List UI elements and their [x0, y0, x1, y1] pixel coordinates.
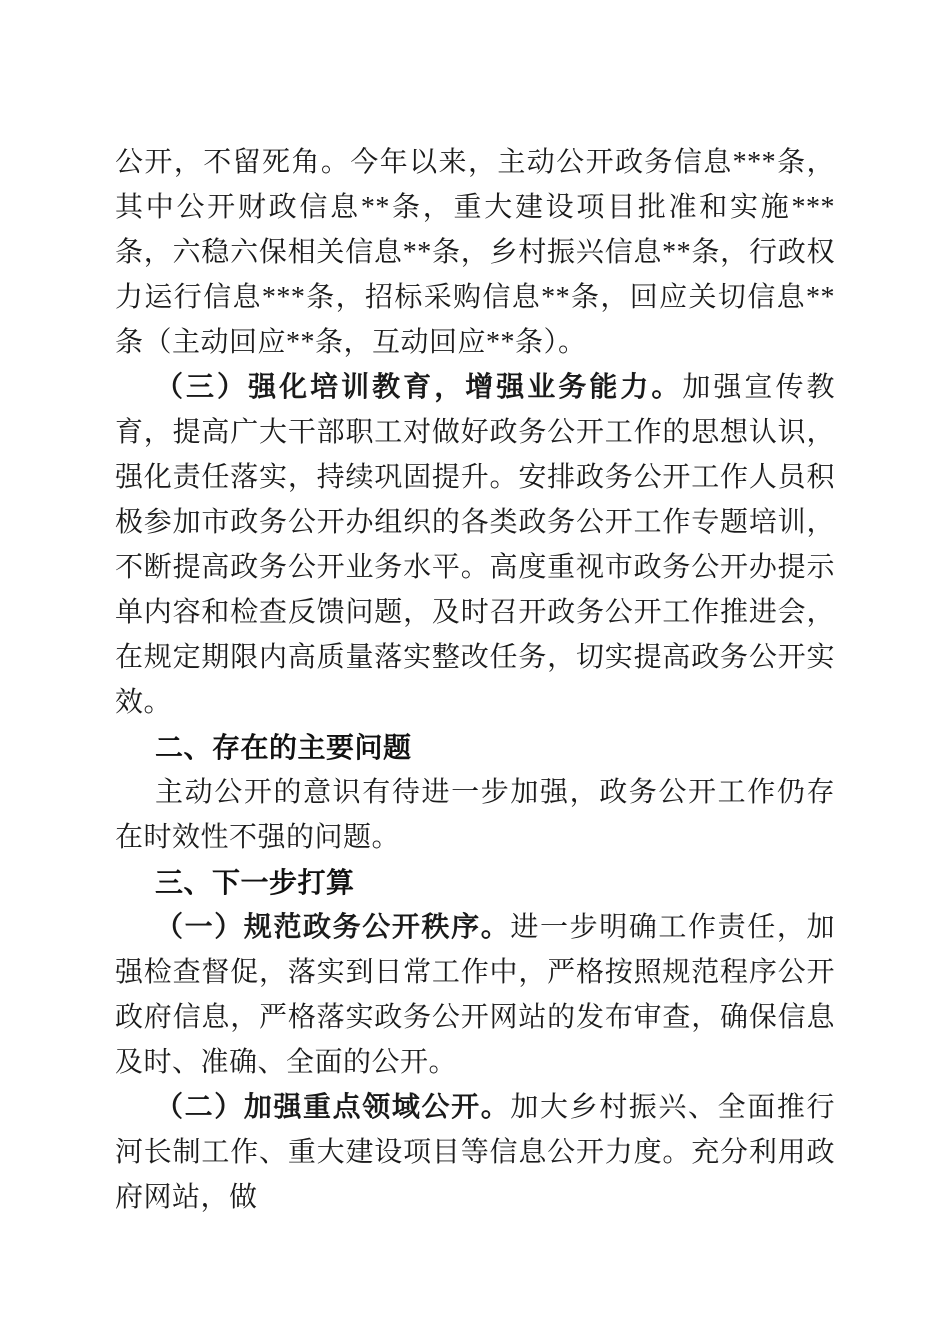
paragraph-lead: （二）加强重点领域公开。	[155, 1092, 510, 1123]
document-text-block: 公开，不留死角。今年以来，主动公开政务信息***条，其中公开财政信息**条，重大…	[115, 140, 835, 1220]
document-page: 公开，不留死角。今年以来，主动公开政务信息***条，其中公开财政信息**条，重大…	[0, 0, 950, 1344]
section-heading-next-steps: 三、下一步打算	[115, 860, 835, 905]
paragraph-text: 主动公开的意识有待进一步加强，政务公开工作仍存在时效性不强的问题。	[115, 777, 835, 853]
paragraph-lead: （一）规范政务公开秩序。	[155, 912, 510, 943]
paragraph-training-education: （三）强化培训教育，增强业务能力。加强宣传教育，提高广大干部职工对做好政务公开工…	[115, 365, 835, 725]
paragraph-lead: （三）强化培训教育，增强业务能力。	[155, 372, 682, 403]
paragraph-main-problems: 主动公开的意识有待进一步加强，政务公开工作仍存在时效性不强的问题。	[115, 770, 835, 860]
section-heading-problems: 二、存在的主要问题	[115, 725, 835, 770]
paragraph-text: 公开，不留死角。今年以来，主动公开政务信息***条，其中公开财政信息**条，重大…	[115, 147, 835, 358]
paragraph-text: 加强宣传教育，提高广大干部职工对做好政务公开工作的思想认识，强化责任落实，持续巩…	[115, 372, 835, 718]
paragraph-key-areas: （二）加强重点领域公开。加大乡村振兴、全面推行河长制工作、重大建设项目等信息公开…	[115, 1085, 835, 1220]
paragraph-disclosure-stats: 公开，不留死角。今年以来，主动公开政务信息***条，其中公开财政信息**条，重大…	[115, 140, 835, 365]
paragraph-standardize-order: （一）规范政务公开秩序。进一步明确工作责任，加强检查督促，落实到日常工作中，严格…	[115, 905, 835, 1085]
